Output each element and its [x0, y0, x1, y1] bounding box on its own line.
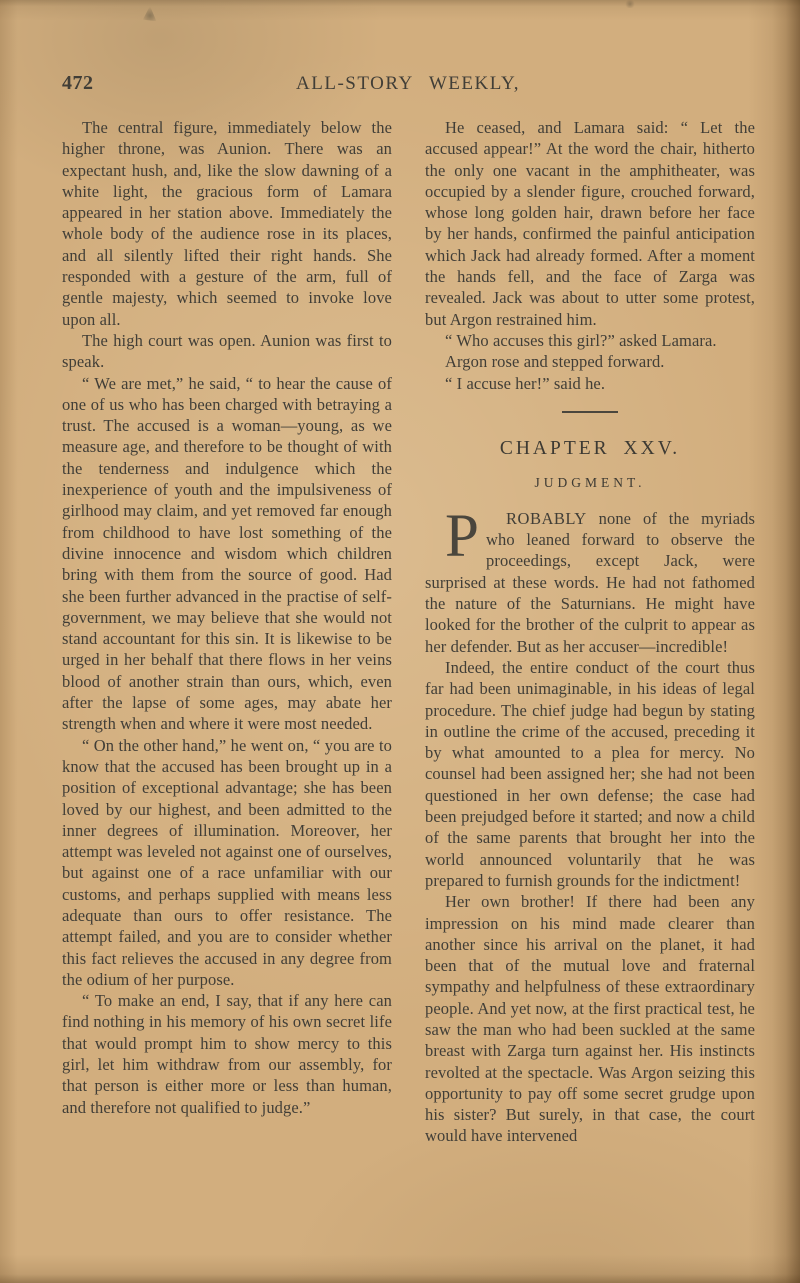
paragraph: “ On the other hand,” he went on, “ you …: [62, 735, 392, 991]
paragraph: “ I accuse her!” said he.: [425, 373, 755, 394]
paragraph: “ We are met,” he said, “ to hear the ca…: [62, 373, 392, 735]
paragraph: The high court was open. Aunion was firs…: [62, 330, 392, 373]
chapter-heading: CHAPTER XXV.: [425, 438, 755, 460]
chapter-subheading: JUDGMENT.: [425, 475, 755, 491]
text-columns: The central figure, immediately below th…: [62, 117, 755, 1147]
paragraph: Indeed, the entire conduct of the court …: [425, 657, 755, 891]
left-column: The central figure, immediately below th…: [62, 117, 392, 1147]
paper-smudge: [625, 0, 635, 8]
paragraph: The central figure, immediately below th…: [62, 117, 392, 330]
drop-cap-word-rest: ROBABLY: [506, 509, 587, 528]
section-divider: [562, 411, 618, 413]
drop-cap-initial: P: [425, 508, 486, 562]
paragraph: Her own brother! If there had been any i…: [425, 891, 755, 1147]
right-column: He ceased, and Lamara said: “ Let the ac…: [425, 117, 755, 1147]
running-title: ALL-STORY WEEKLY,: [62, 73, 754, 95]
paragraph: “ To make an end, I say, that if any her…: [62, 990, 392, 1118]
paragraph: Argon rose and stepped forward.: [425, 351, 755, 372]
drop-cap-paragraph: PROBABLY none of the myriads who leaned …: [425, 508, 755, 657]
page-header: 472 ALL-STORY WEEKLY,: [62, 0, 754, 95]
paragraph: He ceased, and Lamara said: “ Let the ac…: [425, 117, 755, 330]
paragraph: “ Who accuses this girl?” asked Lamara.: [425, 330, 755, 351]
magazine-page: 472 ALL-STORY WEEKLY, The central figure…: [0, 0, 800, 1283]
